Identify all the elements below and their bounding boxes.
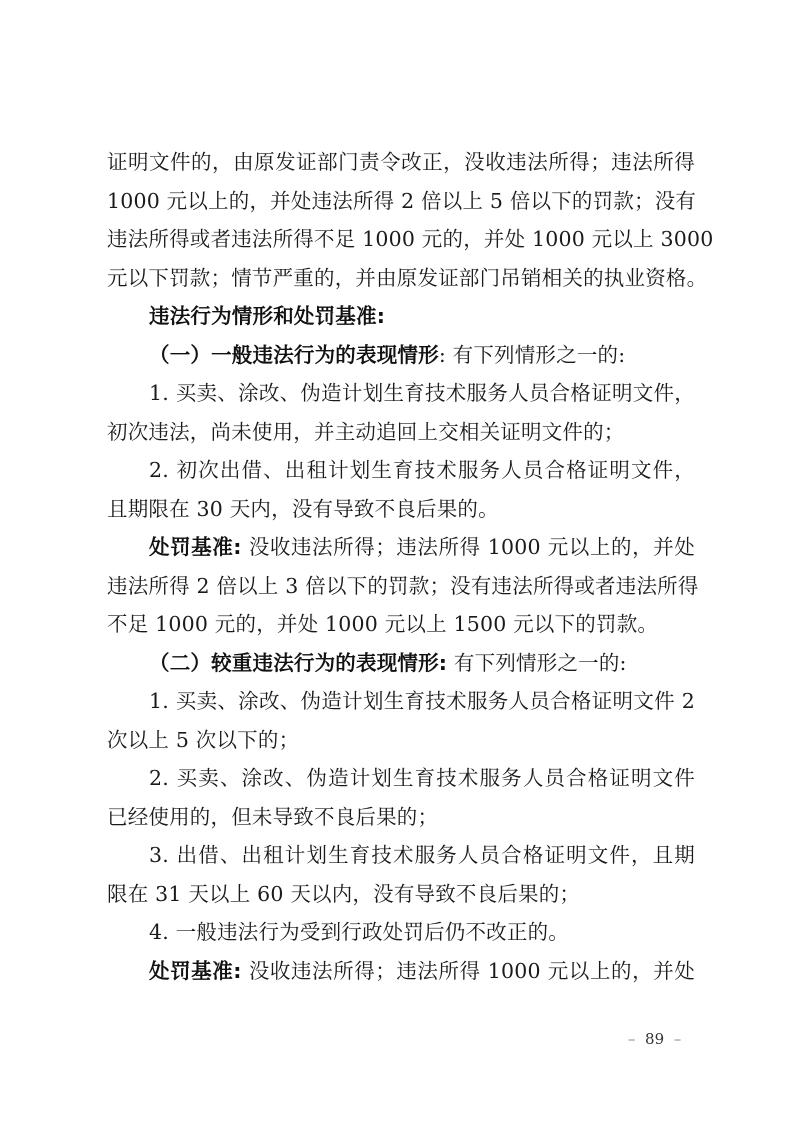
list-item-1-line: 1. 买卖、涂改、伪造计划生育技术服务人员合格证明文件 2 xyxy=(107,682,695,721)
paragraph-line: 违法所得 2 倍以上 3 倍以下的罚款；没有违法所得或者违法所得 xyxy=(107,567,695,606)
dash-left: – xyxy=(628,1030,636,1048)
list-item-1-line: 1. 买卖、涂改、伪造计划生育技术服务人员合格证明文件， xyxy=(107,374,695,413)
paragraph-line: 1000 元以上的，并处违法所得 2 倍以上 5 倍以下的罚款；没有 xyxy=(107,182,695,221)
line-text: 3. 出借、出租计划生育技术服务人员合格证明文件，且期 xyxy=(149,843,695,867)
line-text: 元以下罚款；情节严重的，并由原发证部门吊销相关的执业资格。 xyxy=(107,266,707,290)
list-item-1-line: 次以上 5 次以下的； xyxy=(107,721,695,760)
line-text: 没收违法所得；违法所得 1000 元以上的，并处 xyxy=(242,535,695,559)
section-heading-text: 违法行为情形和处罚基准: xyxy=(149,304,385,328)
line-text: 2. 初次出借、出租计划生育技术服务人员合格证明文件， xyxy=(149,458,695,482)
paragraph-line: 元以下罚款；情节严重的，并由原发证部门吊销相关的执业资格。 xyxy=(107,259,695,298)
subsection-heading-general: （一）一般违法行为的表现情形: 有下列情形之一的: xyxy=(107,336,695,375)
dash-right: – xyxy=(674,1030,682,1048)
list-item-2-line: 2. 买卖、涂改、伪造计划生育技术服务人员合格证明文件 xyxy=(107,759,695,798)
paragraph-line: 违法所得或者违法所得不足 1000 元的，并处 1000 元以上 3000 xyxy=(107,220,695,259)
list-item-2-line: 已经使用的，但未导致不良后果的； xyxy=(107,798,695,837)
line-text: 初次违法，尚未使用，并主动追回上交相关证明文件的； xyxy=(107,420,625,444)
line-text: : 有下列情形之一的: xyxy=(439,343,626,367)
line-text: 不足 1000 元的，并处 1000 元以上 1500 元以下的罚款。 xyxy=(107,612,658,636)
line-text: 没收违法所得；违法所得 1000 元以上的，并处 xyxy=(242,959,695,983)
line-text: 1. 买卖、涂改、伪造计划生育技术服务人员合格证明文件 2 xyxy=(149,689,695,713)
subsection-heading-serious: （二）较重违法行为的表现情形: 有下列情形之一的: xyxy=(107,644,695,683)
section-heading: 违法行为情形和处罚基准: xyxy=(107,297,695,336)
page-number: – 89 – xyxy=(628,1030,681,1048)
line-text: 违法所得或者违法所得不足 1000 元的，并处 1000 元以上 3000 xyxy=(107,227,714,251)
penalty-standard-general: 处罚基准: 没收违法所得；违法所得 1000 元以上的，并处 xyxy=(107,528,695,567)
subsection-heading-text: （二）较重违法行为的表现情形: xyxy=(149,651,447,675)
line-text: 2. 买卖、涂改、伪造计划生育技术服务人员合格证明文件 xyxy=(149,766,695,790)
line-text: 4. 一般违法行为受到行政处罚后仍不改正的。 xyxy=(149,920,569,944)
document-body: 证明文件的，由原发证部门责令改正，没收违法所得；违法所得 1000 元以上的，并… xyxy=(107,143,695,990)
subsection-heading-text: （一）一般违法行为的表现情形 xyxy=(149,343,439,367)
line-text: 且期限在 30 天内，没有导致不良后果的。 xyxy=(107,497,499,521)
list-item-2-line: 且期限在 30 天内，没有导致不良后果的。 xyxy=(107,490,695,529)
line-text: 限在 31 天以上 60 天以内，没有导致不良后果的； xyxy=(107,882,580,906)
document-page: 证明文件的，由原发证部门责令改正，没收违法所得；违法所得 1000 元以上的，并… xyxy=(0,0,794,1122)
paragraph-line: 不足 1000 元的，并处 1000 元以上 1500 元以下的罚款。 xyxy=(107,605,695,644)
line-text: 违法所得 2 倍以上 3 倍以下的罚款；没有违法所得或者违法所得 xyxy=(107,574,699,598)
paragraph-line: 证明文件的，由原发证部门责令改正，没收违法所得；违法所得 xyxy=(107,143,695,182)
list-item-1-line: 初次违法，尚未使用，并主动追回上交相关证明文件的； xyxy=(107,413,695,452)
penalty-standard-label: 处罚基准: xyxy=(149,959,242,983)
line-text: 1000 元以上的，并处违法所得 2 倍以上 5 倍以下的罚款；没有 xyxy=(107,189,696,213)
line-text: 有下列情形之一的: xyxy=(447,651,626,675)
line-text: 已经使用的，但未导致不良后果的； xyxy=(107,805,438,829)
page-number-value: 89 xyxy=(645,1030,664,1048)
list-item-3-line: 限在 31 天以上 60 天以内，没有导致不良后果的； xyxy=(107,875,695,914)
line-text: 证明文件的，由原发证部门责令改正，没收违法所得；违法所得 xyxy=(107,150,695,174)
line-text: 次以上 5 次以下的； xyxy=(107,728,299,752)
line-text: 1. 买卖、涂改、伪造计划生育技术服务人员合格证明文件， xyxy=(149,381,695,405)
list-item-2-line: 2. 初次出借、出租计划生育技术服务人员合格证明文件， xyxy=(107,451,695,490)
list-item-3-line: 3. 出借、出租计划生育技术服务人员合格证明文件，且期 xyxy=(107,836,695,875)
penalty-standard-serious: 处罚基准: 没收违法所得；违法所得 1000 元以上的，并处 xyxy=(107,952,695,991)
penalty-standard-label: 处罚基准: xyxy=(149,535,242,559)
list-item-4-line: 4. 一般违法行为受到行政处罚后仍不改正的。 xyxy=(107,913,695,952)
